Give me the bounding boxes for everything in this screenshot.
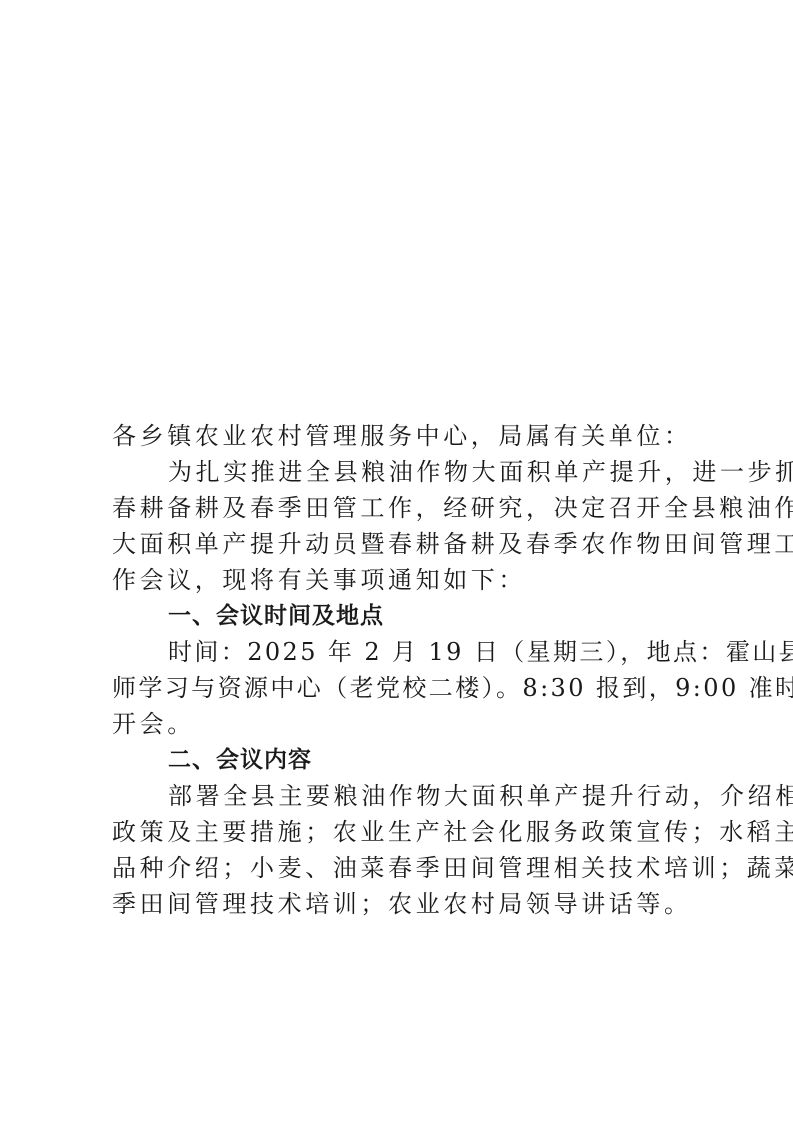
section-heading: 二、会议内容 [112,742,690,778]
paragraph-line: 部署全县主要粮油作物大面积单产提升行动，介绍相关 [112,778,690,814]
paragraph-line: 春耕备耕及春季田管工作，经研究，决定召开全县粮油作物 [112,490,690,526]
paragraph-line: 为扎实推进全县粮油作物大面积单产提升，进一步抓好 [112,454,690,490]
paragraph-line: 开会。 [112,706,690,742]
salutation: 各乡镇农业农村管理服务中心，局属有关单位： [112,418,690,454]
paragraph-line: 大面积单产提升动员暨春耕备耕及春季农作物田间管理工 [112,526,690,562]
section-heading: 一、会议时间及地点 [112,598,690,634]
paragraph-line: 品种介绍；小麦、油菜春季田间管理相关技术培训；蔬菜春 [112,850,690,886]
paragraph-line: 作会议，现将有关事项通知如下： [112,562,690,598]
paragraph-line: 政策及主要措施；农业生产社会化服务政策宣传；水稻主导 [112,814,690,850]
paragraph-line: 季田间管理技术培训；农业农村局领导讲话等。 [112,886,690,922]
paragraph-line: 时间：2025 年 2 月 19 日（星期三），地点：霍山县教 [112,634,690,670]
paragraph-line: 师学习与资源中心（老党校二楼）。8:30 报到，9:00 准时 [112,670,690,706]
intro-paragraph: 为扎实推进全县粮油作物大面积单产提升，进一步抓好 春耕备耕及春季田管工作，经研究… [112,454,690,598]
section-meeting-content: 二、会议内容 部署全县主要粮油作物大面积单产提升行动，介绍相关 政策及主要措施；… [112,742,690,922]
document-page: 各乡镇农业农村管理服务中心，局属有关单位： 为扎实推进全县粮油作物大面积单产提升… [112,418,690,922]
section-meeting-time-location: 一、会议时间及地点 时间：2025 年 2 月 19 日（星期三），地点：霍山县… [112,598,690,742]
